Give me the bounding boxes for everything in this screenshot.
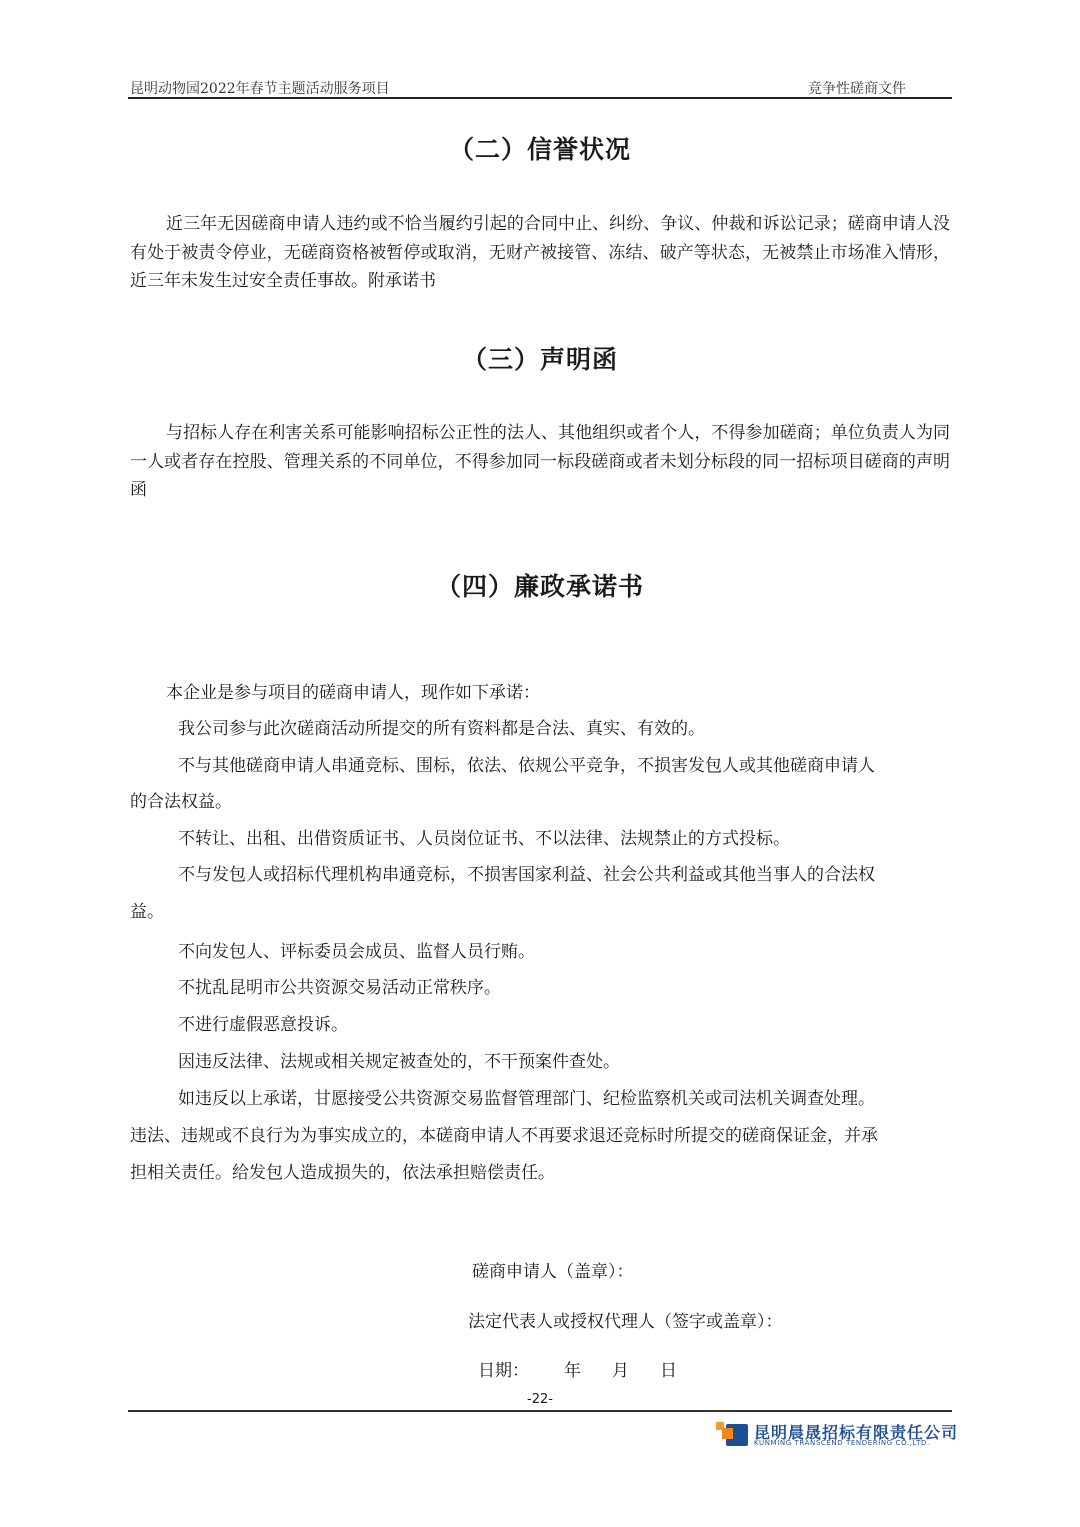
pledge-line: 不向发包人、评标委员会成员、监督人员行贿。 [178, 937, 1000, 962]
pledge-line: 的合法权益。 [130, 787, 952, 812]
page-number: -22- [0, 1392, 1080, 1407]
pledge-line: 益。 [130, 897, 952, 922]
pledge-line: 因违反法律、法规或相关规定被查处的，不干预案件查处。 [178, 1047, 1000, 1072]
document-page: 昆明动物园2022年春节主题活动服务项目 竞争性磋商文件 （二）信誉状况 近三年… [0, 0, 1080, 1527]
footer-divider [128, 1410, 952, 1412]
pledge-intro: 本企业是参与项目的磋商申请人，现作如下承诺： [166, 678, 988, 703]
pledge-line: 不扰乱昆明市公共资源交易活动正常秩序。 [178, 973, 1000, 998]
pledge-line: 不转让、出租、出借资质证书、人员岗位证书、不以法律、法规禁止的方式投标。 [178, 824, 1000, 849]
section-title-reputation: （二）信誉状况 [0, 130, 1080, 166]
pledge-line: 担相关责任。给发包人造成损失的，依法承担赔偿责任。 [130, 1158, 952, 1183]
signature-applicant-label: 磋商申请人（盖章）： [472, 1257, 634, 1282]
section-title-declaration: （三）声明函 [0, 340, 1080, 376]
pledge-line: 我公司参与此次磋商活动所提交的所有资料都是合法、真实、有效的。 [178, 714, 1000, 739]
company-logo: 昆明晨晟招标有限责任公司 KUNMING TRANSCEND TENDERING… [716, 1420, 956, 1448]
company-name-en: KUNMING TRANSCEND TENDERING CO.,LTD. [754, 1439, 930, 1447]
paragraph-declaration: 与招标人存在利害关系可能影响招标公正性的法人、其他组织或者个人，不得参加磋商；单… [130, 419, 950, 505]
header-doc-type: 竞争性磋商文件 [808, 78, 906, 98]
paragraph-reputation: 近三年无因磋商申请人违约或不恰当履约引起的合同中止、纠纷、争议、仲裁和诉讼记录；… [130, 210, 950, 296]
section-title-integrity-pledge: （四）廉政承诺书 [0, 567, 1080, 603]
signature-representative-label: 法定代表人或授权代理人（签字或盖章）： [468, 1307, 783, 1332]
pledge-line: 不与其他磋商申请人串通竞标、围标，依法、依规公平竞争，不损害发包人或其他磋商申请… [178, 751, 1000, 776]
signature-date-day: 日 [660, 1356, 677, 1381]
header-divider [128, 97, 952, 99]
signature-date-month: 月 [612, 1356, 629, 1381]
pledge-line: 如违反以上承诺，甘愿接受公共资源交易监督管理部门、纪检监察机关或司法机关调查处理… [178, 1084, 1000, 1109]
paragraph-text: 与招标人存在利害关系可能影响招标公正性的法人、其他组织或者个人，不得参加磋商；单… [130, 423, 950, 500]
paragraph-text: 近三年无因磋商申请人违约或不恰当履约引起的合同中止、纠纷、争议、仲裁和诉讼记录；… [130, 214, 950, 291]
header-project-title: 昆明动物园2022年春节主题活动服务项目 [130, 78, 390, 98]
signature-date-label: 日期： [478, 1356, 529, 1381]
pledge-line: 不与发包人或招标代理机构串通竞标，不损害国家利益、社会公共利益或其他当事人的合法… [178, 860, 1000, 885]
signature-date-year: 年 [564, 1356, 581, 1381]
page-header: 昆明动物园2022年春节主题活动服务项目 竞争性磋商文件 [128, 74, 952, 98]
company-logo-icon [716, 1422, 750, 1446]
pledge-line: 不进行虚假恶意投诉。 [178, 1010, 1000, 1035]
pledge-line: 违法、违规或不良行为为事实成立的，本磋商申请人不再要求退还竞标时所提交的磋商保证… [130, 1121, 952, 1146]
